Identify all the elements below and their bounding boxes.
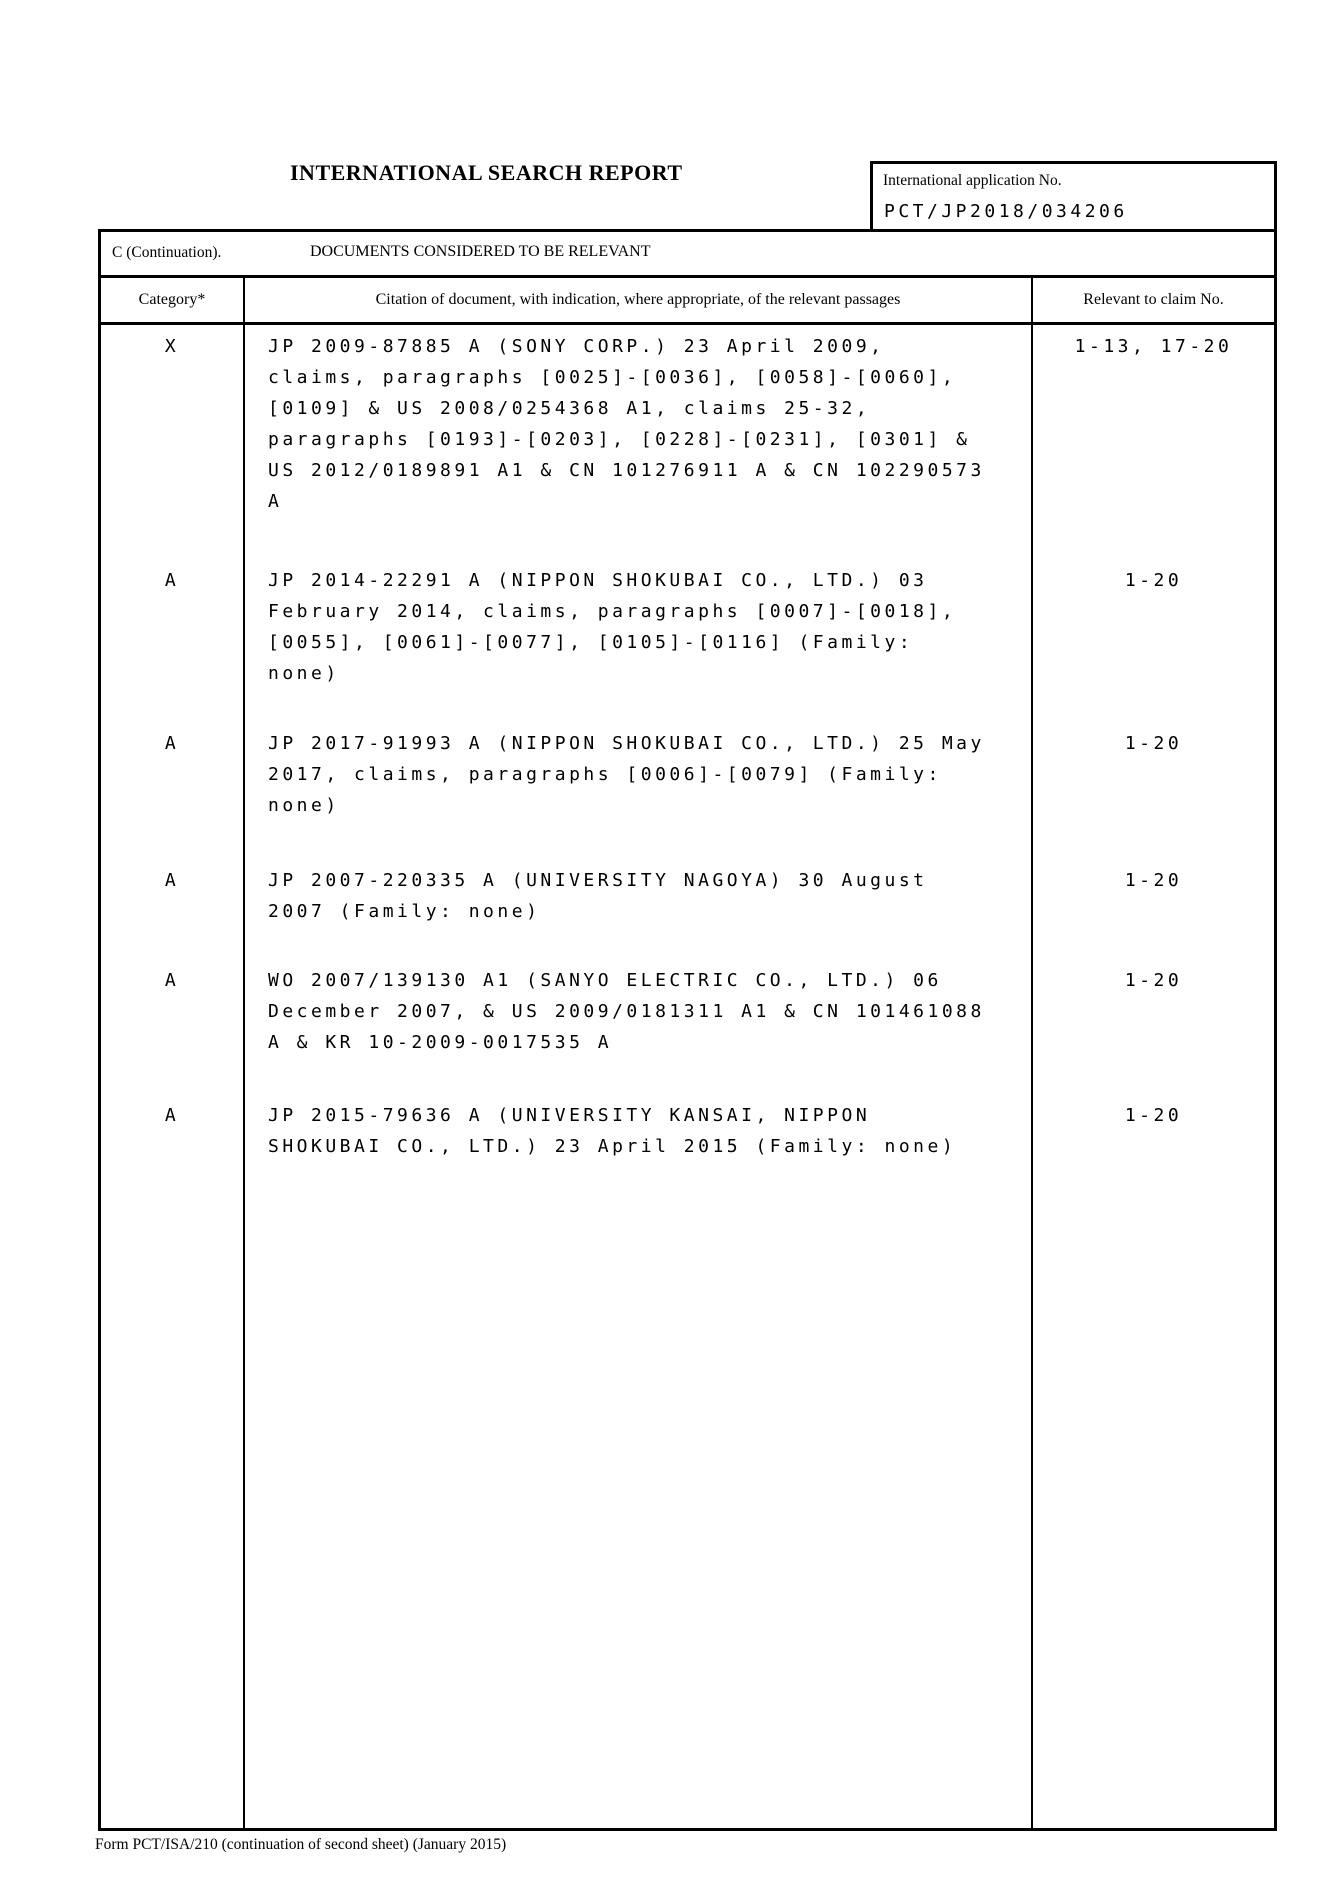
citation-cell: JP 2015-79636 A (UNIVERSITY KANSAI, NIPP… <box>268 1100 1032 1162</box>
claims-cell: 1-20 <box>1033 965 1274 996</box>
category-cell: A <box>101 965 243 996</box>
category-cell: A <box>101 865 243 896</box>
column-header-category: Category* <box>101 278 245 322</box>
documents-table: C (Continuation). DOCUMENTS CONSIDERED T… <box>98 229 1277 1831</box>
category-cell: X <box>101 331 243 362</box>
column-header-claims: Relevant to claim No. <box>1033 278 1274 322</box>
table-body: X JP 2009-87885 A (SONY CORP.) 23 April … <box>101 325 1274 1828</box>
application-no-value: PCT/JP2018/034206 <box>884 196 1128 227</box>
citation-cell: WO 2007/139130 A1 (SANYO ELECTRIC CO., L… <box>268 965 1032 1058</box>
page: INTERNATIONAL SEARCH REPORT Internationa… <box>0 0 1338 1893</box>
claims-cell: 1-20 <box>1033 1100 1274 1131</box>
citation-cell: JP 2017-91993 A (NIPPON SHOKUBAI CO., LT… <box>268 728 1032 821</box>
claims-cell: 1-20 <box>1033 728 1274 759</box>
report-title: INTERNATIONAL SEARCH REPORT <box>290 160 683 186</box>
category-cell: A <box>101 1100 243 1131</box>
category-cell: A <box>101 565 243 596</box>
form-footer: Form PCT/ISA/210 (continuation of second… <box>95 1836 506 1854</box>
claims-cell: 1-20 <box>1033 865 1274 896</box>
application-no-box: International application No. PCT/JP2018… <box>870 161 1277 232</box>
claims-cell: 1-20 <box>1033 565 1274 596</box>
column-header-citation: Citation of document, with indication, w… <box>245 278 1033 322</box>
continuation-label: C (Continuation). <box>112 244 221 262</box>
table-header-row: Category* Citation of document, with ind… <box>101 278 1274 325</box>
section-title: DOCUMENTS CONSIDERED TO BE RELEVANT <box>310 243 650 261</box>
column-divider-claims <box>1031 325 1033 1828</box>
claims-cell: 1-13, 17-20 <box>1033 331 1274 362</box>
citation-cell: JP 2007-220335 A (UNIVERSITY NAGOYA) 30 … <box>268 865 1032 927</box>
citation-cell: JP 2009-87885 A (SONY CORP.) 23 April 20… <box>268 331 1032 517</box>
column-divider-category <box>243 325 245 1828</box>
application-no-label: International application No. <box>883 172 1062 190</box>
category-cell: A <box>101 728 243 759</box>
continuation-row: C (Continuation). DOCUMENTS CONSIDERED T… <box>101 232 1274 278</box>
citation-cell: JP 2014-22291 A (NIPPON SHOKUBAI CO., LT… <box>268 565 1032 689</box>
